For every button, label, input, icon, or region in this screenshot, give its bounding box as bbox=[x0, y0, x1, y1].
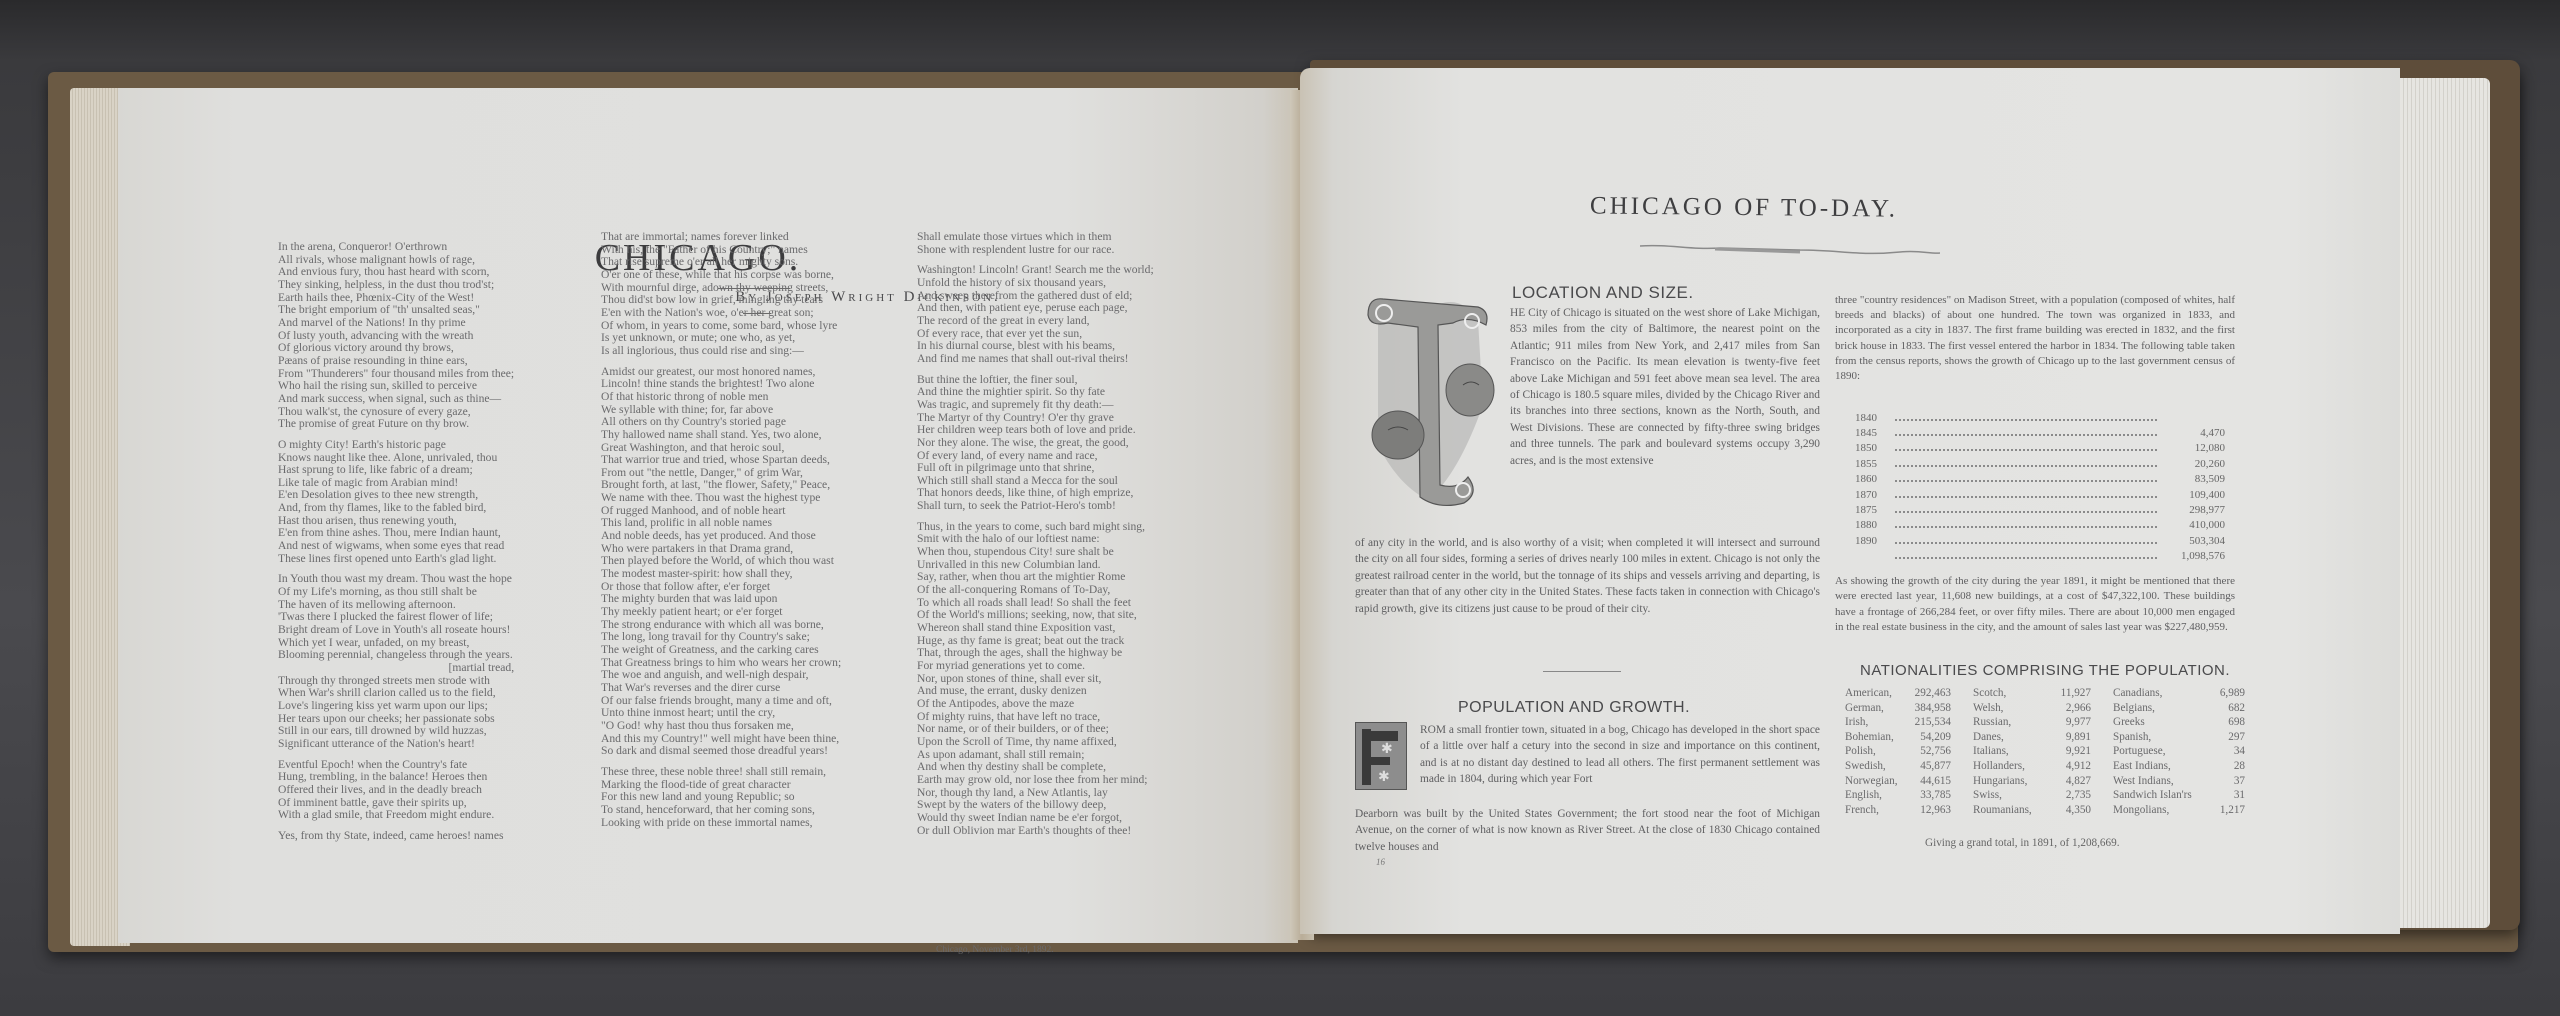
poem-line: To stand, henceforward, that her coming … bbox=[601, 804, 841, 817]
nationality-row: Polish,52,756Italians,9,921Portuguese,34 bbox=[1845, 745, 2245, 760]
nationality-count: 292,463 bbox=[1911, 687, 1951, 702]
poem-stanza: These three, these noble three! shall st… bbox=[601, 766, 841, 829]
poem-stanza: That are immortal; names forever linkedW… bbox=[601, 231, 841, 358]
nationality-name: Belgians, bbox=[2113, 702, 2209, 717]
census-year: 1880 bbox=[1855, 519, 1887, 531]
poem-line: That are immortal; names forever linked bbox=[601, 231, 841, 244]
poem-line: Her children weep tears both of love and… bbox=[917, 424, 1154, 437]
poem-line: All others on thy Country's storied page bbox=[601, 416, 841, 429]
nationality-count: 34 bbox=[2209, 745, 2245, 760]
dot-leader bbox=[1895, 542, 2157, 544]
decorated-initial-f-icon: ✱ ✱ bbox=[1355, 722, 1407, 790]
poem-line: For this new land and young Republic; so bbox=[601, 791, 841, 804]
nationality-count: 9,977 bbox=[2049, 716, 2091, 731]
grand-total: Giving a grand total, in 1891, of 1,208,… bbox=[1925, 837, 2120, 849]
nationality-count: 9,921 bbox=[2049, 745, 2091, 760]
census-value: 12,080 bbox=[2165, 442, 2225, 454]
poem-line: O'er one of these, while that his corpse… bbox=[601, 269, 841, 282]
nationality-row: Bohemian,54,209Danes,9,891Spanish,297 bbox=[1845, 731, 2245, 746]
dot-leader bbox=[1895, 526, 2157, 528]
poem-dateline: Chicago, November 3rd, 1892. bbox=[936, 945, 1054, 955]
nationality-count: 28 bbox=[2209, 760, 2245, 775]
nationality-name: English, bbox=[1845, 789, 1911, 804]
continued-text: three "country residences" on Madison St… bbox=[1835, 293, 2235, 384]
nationality-name: East Indians, bbox=[2113, 760, 2209, 775]
dot-leader bbox=[1895, 465, 2157, 467]
poem-stanza: Amidst our greatest, our most honored na… bbox=[601, 366, 841, 758]
poem-line: And mark success, when signal, such as t… bbox=[278, 393, 514, 406]
dot-leader bbox=[1895, 480, 2157, 482]
nationality-name: Hungarians, bbox=[1973, 775, 2049, 790]
section-heading-location: LOCATION AND SIZE. bbox=[1512, 283, 1694, 303]
census-row: 18454,470 bbox=[1855, 425, 2225, 440]
nationality-count: 215,534 bbox=[1911, 716, 1951, 731]
page-number: 16 bbox=[1376, 857, 1385, 867]
poem-line: [martial tread, bbox=[278, 662, 514, 675]
poem-line: And noble deeds, has yet produced. And t… bbox=[601, 530, 841, 543]
poem-line: "O God! why hast thou thus forsaken me, bbox=[601, 720, 841, 733]
nationality-name: German, bbox=[1845, 702, 1911, 717]
census-value: 503,304 bbox=[2165, 535, 2225, 547]
poem-line: Of that historic throng of noble men bbox=[601, 391, 841, 404]
census-row: 185520,260 bbox=[1855, 456, 2225, 471]
poem-line: And thine the mightier spirit. So thy fa… bbox=[917, 386, 1154, 399]
dot-leader bbox=[1895, 496, 2157, 498]
census-row: 185012,080 bbox=[1855, 441, 2225, 456]
poem-stanza: But thine the loftier, the finer soul,An… bbox=[917, 374, 1154, 513]
poem-line: Earth may grow old, nor lose thee from h… bbox=[917, 774, 1154, 787]
poem-line: Offered their lives, and in the deadly b… bbox=[278, 784, 514, 797]
dot-leader bbox=[1895, 419, 2157, 421]
nationality-name: French, bbox=[1845, 804, 1911, 819]
nationality-name: Danes, bbox=[1973, 731, 2049, 746]
poem-stanza: Yes, from thy State, indeed, came heroes… bbox=[278, 830, 514, 843]
nationality-count: 12,963 bbox=[1911, 804, 1951, 819]
poem-column-2: That are immortal; names forever linkedW… bbox=[601, 231, 841, 837]
poem-line: Shall turn, to seek the Patriot-Hero's t… bbox=[917, 500, 1154, 513]
nationality-row: Irish,215,534Russian,9,977Greeks698 bbox=[1845, 716, 2245, 731]
poem-line: E'en with the Nation's woe, o'er her gre… bbox=[601, 307, 841, 320]
census-value: 1,098,576 bbox=[2165, 550, 2225, 562]
poem-line: These lines first opened unto Earth's gl… bbox=[278, 553, 514, 566]
census-row: 1875298,977 bbox=[1855, 502, 2225, 517]
nationality-count: 6,989 bbox=[2209, 687, 2245, 702]
census-value: 410,000 bbox=[2165, 519, 2225, 531]
dot-leader bbox=[1895, 557, 2157, 559]
nationality-row: Swedish,45,877Hollanders,4,912East India… bbox=[1845, 760, 2245, 775]
nationality-count: 37 bbox=[2209, 775, 2245, 790]
poem-line: Hung, trembling, in the balance! Heroes … bbox=[278, 771, 514, 784]
poem-line: Whereon shall stand thine Exposition vas… bbox=[917, 622, 1154, 635]
poem-line: Who hail the rising sun, skilled to perc… bbox=[278, 380, 514, 393]
nationality-count: 44,615 bbox=[1911, 775, 1951, 790]
nationality-row: English,33,785Swiss,2,735Sandwich Islan'… bbox=[1845, 789, 2245, 804]
nationality-count: 384,958 bbox=[1911, 702, 1951, 717]
poem-line: O mighty City! Earth's historic page bbox=[278, 439, 514, 452]
nationality-name: Irish, bbox=[1845, 716, 1911, 731]
poem-stanza: In the arena, Conqueror! O'erthrownAll r… bbox=[278, 241, 514, 431]
poem-stanza: Shall emulate those virtues which in the… bbox=[917, 231, 1154, 256]
nationality-name: Sandwich Islan'rs bbox=[2113, 789, 2209, 804]
nationality-name: Russian, bbox=[1973, 716, 2049, 731]
nationality-name: Roumanians, bbox=[1973, 804, 2049, 819]
poem-line: And when thy destiny shall be complete, bbox=[917, 761, 1154, 774]
poem-line: Yes, from thy State, indeed, came heroes… bbox=[278, 830, 514, 843]
poem-line: And marvel of the Nations! In thy prime bbox=[278, 317, 514, 330]
nationality-count: 31 bbox=[2209, 789, 2245, 804]
poem-line: Was tragic, and supremely fit thy death:… bbox=[917, 399, 1154, 412]
census-row: 1840 bbox=[1855, 410, 2225, 425]
poem-line: When thou, stupendous City! sure shalt b… bbox=[917, 546, 1154, 559]
nationality-count: 54,209 bbox=[1911, 731, 1951, 746]
poem-line: Thy hallowed name shall stand. Yes, two … bbox=[601, 429, 841, 442]
nationality-row: American,292,463Scotch,11,927Canadians,6… bbox=[1845, 687, 2245, 702]
nationality-count: 4,827 bbox=[2049, 775, 2091, 790]
poem-line: In the arena, Conqueror! O'erthrown bbox=[278, 241, 514, 254]
decorated-initial-t-icon bbox=[1358, 285, 1498, 515]
poem-stanza: Thus, in the years to come, such bard mi… bbox=[917, 521, 1154, 837]
poem-line: Shall emulate those virtues which in the… bbox=[917, 231, 1154, 244]
nationality-count: 11,927 bbox=[2049, 687, 2091, 702]
poem-line: With a glad smile, that Freedom might en… bbox=[278, 809, 514, 822]
nationality-count: 682 bbox=[2209, 702, 2245, 717]
dot-leader bbox=[1895, 449, 2157, 451]
poem-stanza: O mighty City! Earth's historic pageKnow… bbox=[278, 439, 514, 566]
nationality-row: German,384,958Welsh,2,966Belgians,682 bbox=[1845, 702, 2245, 717]
nationality-count: 2,966 bbox=[2049, 702, 2091, 717]
poem-line: Is all inglorious, thus could rise and s… bbox=[601, 345, 841, 358]
census-year: 1845 bbox=[1855, 427, 1887, 439]
poem-line: Would thy sweet Indian name be e'er forg… bbox=[917, 812, 1154, 825]
poem-line: Of the Antipodes, above the maze bbox=[917, 698, 1154, 711]
nationality-name: Swiss, bbox=[1973, 789, 2049, 804]
census-year: 1850 bbox=[1855, 442, 1887, 454]
svg-text:✱: ✱ bbox=[1381, 741, 1393, 757]
nationality-name: Bohemian, bbox=[1845, 731, 1911, 746]
nationality-name: Swedish, bbox=[1845, 760, 1911, 775]
poem-line: In his diurnal course, blest with his be… bbox=[917, 340, 1154, 353]
poem-line: Is yet unknown, or mute; one who, as yet… bbox=[601, 332, 841, 345]
poem-line: The weight of Greatness, and the carking… bbox=[601, 644, 841, 657]
nationality-count: 2,735 bbox=[2049, 789, 2091, 804]
census-value: 20,260 bbox=[2165, 458, 2225, 470]
census-table: 184018454,470185012,080185520,260186083,… bbox=[1855, 410, 2225, 564]
census-value: 4,470 bbox=[2165, 427, 2225, 439]
nationality-name: Greeks bbox=[2113, 716, 2209, 731]
page-title: CHICAGO OF TO-DAY. bbox=[1590, 192, 1898, 223]
nationality-name: Italians, bbox=[1973, 745, 2049, 760]
location-text-indented: HE City of Chicago is situated on the we… bbox=[1510, 305, 1820, 469]
nationality-name: Mongolians, bbox=[2113, 804, 2209, 819]
poem-line: Nor they alone. The wise, the great, the… bbox=[917, 437, 1154, 450]
census-value: 83,509 bbox=[2165, 473, 2225, 485]
section-divider bbox=[1543, 671, 1621, 672]
poem-line: Looking with pride on these immortal nam… bbox=[601, 817, 841, 830]
poem-line: Of glorious victory around thy brows, bbox=[278, 342, 514, 355]
census-value: 109,400 bbox=[2165, 489, 2225, 501]
poem-line: So dark and dismal seemed those dreadful… bbox=[601, 745, 841, 758]
census-row: 1,098,576 bbox=[1855, 549, 2225, 564]
poem-line: They sinking, helpless, in the dust thou… bbox=[278, 279, 514, 292]
nationality-name: Spanish, bbox=[2113, 731, 2209, 746]
nationality-count: 698 bbox=[2209, 716, 2245, 731]
census-year: 1855 bbox=[1855, 458, 1887, 470]
ornamental-rule bbox=[1640, 240, 1940, 260]
nationality-count: 1,217 bbox=[2209, 804, 2245, 819]
nationality-count: 33,785 bbox=[1911, 789, 1951, 804]
section-heading-population: POPULATION AND GROWTH. bbox=[1458, 699, 1690, 717]
nationality-name: Welsh, bbox=[1973, 702, 2049, 717]
poem-line: For myriad generations yet to come. bbox=[917, 660, 1154, 673]
census-row: 1870109,400 bbox=[1855, 487, 2225, 502]
poem-stanza: Washington! Lincoln! Grant! Search me th… bbox=[917, 264, 1154, 365]
census-year: 1840 bbox=[1855, 412, 1887, 424]
nationality-name: Canadians, bbox=[2113, 687, 2209, 702]
poem-line: Pæans of praise resounding in thine ears… bbox=[278, 355, 514, 368]
poem-column-1: In the arena, Conqueror! O'erthrownAll r… bbox=[278, 241, 514, 851]
nationality-name: West Indians, bbox=[2113, 775, 2209, 790]
poem-line: Lincoln! thine stands the brightest! Two… bbox=[601, 378, 841, 391]
section-heading-nationalities: NATIONALITIES COMPRISING THE POPULATION. bbox=[1860, 662, 2230, 679]
poem-line: Hast sprung to life, like fabric of a dr… bbox=[278, 464, 514, 477]
poem-line: And find me names that shall out-rival t… bbox=[917, 353, 1154, 366]
census-year: 1890 bbox=[1855, 535, 1887, 547]
census-year: 1860 bbox=[1855, 473, 1887, 485]
poem-line: And, from thy flames, like to the fabled… bbox=[278, 502, 514, 515]
poem-line: These three, these noble three! shall st… bbox=[601, 766, 841, 779]
nationality-count: 45,877 bbox=[1911, 760, 1951, 775]
poem-line: The modest master-spirit: how shall they… bbox=[601, 568, 841, 581]
nationality-count: 4,350 bbox=[2049, 804, 2091, 819]
nationality-name: American, bbox=[1845, 687, 1911, 702]
poem-line: We name with thee. Thou wast the highest… bbox=[601, 492, 841, 505]
poem-line: Full oft in pilgrimage unto that shrine, bbox=[917, 462, 1154, 475]
poem-line: Shone with resplendent lustre for our ra… bbox=[917, 244, 1154, 257]
poem-stanza: In Youth thou wast my dream. Thou wast t… bbox=[278, 573, 514, 750]
poem-line: That warrior true and tried, whose Spart… bbox=[601, 454, 841, 467]
svg-text:✱: ✱ bbox=[1378, 769, 1390, 785]
poem-line: And nest of wigwams, when some eyes that… bbox=[278, 540, 514, 553]
poem-line: Upon the Scroll of Time, thy name affixe… bbox=[917, 736, 1154, 749]
nationality-name: Hollanders, bbox=[1973, 760, 2049, 775]
poem-column-3: Shall emulate those virtues which in the… bbox=[917, 231, 1154, 845]
census-row: 186083,509 bbox=[1855, 472, 2225, 487]
nationality-name: Portuguese, bbox=[2113, 745, 2209, 760]
nationality-name: Norwegian, bbox=[1845, 775, 1911, 790]
nationality-count: 4,912 bbox=[2049, 760, 2091, 775]
census-row: 1890503,304 bbox=[1855, 533, 2225, 548]
poem-line: Significant utterance of the Nation's he… bbox=[278, 738, 514, 751]
poem-line: The record of the great in every land, bbox=[917, 315, 1154, 328]
growth-text: As showing the growth of the city during… bbox=[1835, 574, 2235, 636]
poem-line: Unfold the history of six thousand years… bbox=[917, 277, 1154, 290]
nationality-row: Norwegian,44,615Hungarians,4,827West Ind… bbox=[1845, 775, 2245, 790]
nationality-row: French,12,963Roumanians,4,350Mongolians,… bbox=[1845, 804, 2245, 819]
nationality-name: Polish, bbox=[1845, 745, 1911, 760]
poem-line: Bright dream of Love in Youth's all rose… bbox=[278, 624, 514, 637]
poem-line: The promise of great Future on thy brow. bbox=[278, 418, 514, 431]
poem-line: Of the all-conquering Romans of To-Day, bbox=[917, 584, 1154, 597]
nationality-name: Scotch, bbox=[1973, 687, 2049, 702]
census-year: 1870 bbox=[1855, 489, 1887, 501]
dot-leader bbox=[1895, 434, 2157, 436]
poem-line: That War's reverses and the direr curse bbox=[601, 682, 841, 695]
poem-line: Love's lingering kiss yet warm upon our … bbox=[278, 700, 514, 713]
left-page: CHICAGO. By Joseph Wright Dickinson. In … bbox=[118, 88, 1298, 943]
poem-stanza: Eventful Epoch! when the Country's fateH… bbox=[278, 759, 514, 822]
census-year: 1875 bbox=[1855, 504, 1887, 516]
nationalities-table: American,292,463Scotch,11,927Canadians,6… bbox=[1845, 687, 2245, 818]
poem-line: Thy meekly patient heart; or e'er forget bbox=[601, 606, 841, 619]
poem-line: Or dull Oblivion mar Earth's thoughts of… bbox=[917, 825, 1154, 838]
poem-line: Of my Life's morning, as thou still shal… bbox=[278, 586, 514, 599]
dot-leader bbox=[1895, 511, 2157, 513]
population-text-indented: ROM a small frontier town, situated in a… bbox=[1420, 722, 1820, 788]
nationality-count: 9,891 bbox=[2049, 731, 2091, 746]
population-text: Dearborn was built by the United States … bbox=[1355, 806, 1820, 855]
nationality-count: 297 bbox=[2209, 731, 2245, 746]
nationality-count: 52,756 bbox=[1911, 745, 1951, 760]
census-value: 298,977 bbox=[2165, 504, 2225, 516]
census-row: 1880410,000 bbox=[1855, 518, 2225, 533]
poem-line: Swept by the waters of the billowy deep, bbox=[917, 799, 1154, 812]
location-text: of any city in the world, and is also wo… bbox=[1355, 535, 1820, 617]
